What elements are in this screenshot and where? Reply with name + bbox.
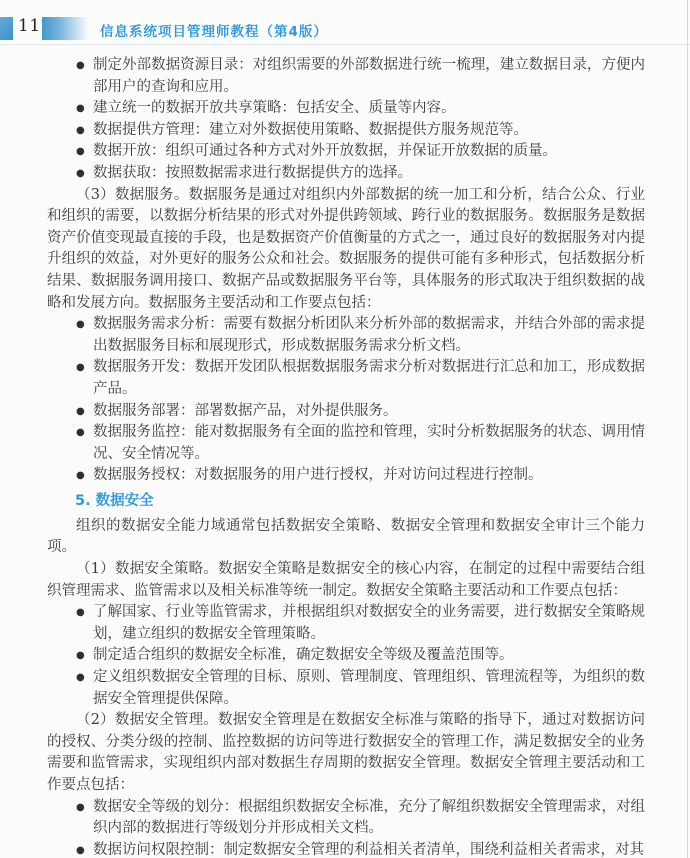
header-corner-decor [0,17,13,40]
bullet-icon: ● [76,141,93,163]
page-header: 112 信息系统项目管理师教程（第4版） [0,0,690,45]
bullet-icon: ● [76,163,93,185]
list-item: ● 了解国家、行业等监管需求，并根据组织对数据安全的业务需要，进行数据安全策略规… [47,602,645,645]
list-item: ● 数据服务部署：部署数据产品，对外提供服务。 [47,401,645,423]
bullet-text: 数据服务需求分析：需要有数据分析团队来分析外部的数据需求，并结合外部的需求提出数… [93,314,645,357]
bullet-icon: ● [76,314,93,357]
section-heading-data-security: 5. 数据安全 [75,491,645,512]
bullet-icon: ● [76,98,93,120]
list-item: ● 数据服务监控：能对数据服务有全面的监控和管理，实时分析数据服务的状态、调用情… [47,422,645,465]
bullet-text: 数据开放：组织可通过各种方式对外开放数据，并保证开放数据的质量。 [93,141,645,163]
bullet-text: 数据提供方管理：建立对外数据使用策略、数据提供方服务规范等。 [93,120,645,142]
bullet-text: 建立统一的数据开放共享策略：包括安全、质量等内容。 [93,98,645,120]
list-item: ● 制定外部数据资源目录：对组织需要的外部数据进行统一梳理，建立数据目录，方便内… [47,55,645,98]
bullet-icon: ● [76,465,93,487]
bullet-text: 数据服务部署：部署数据产品，对外提供服务。 [93,401,645,423]
list-item: ● 数据服务需求分析：需要有数据分析团队来分析外部的数据需求，并结合外部的需求提… [47,314,645,357]
scan-edge-line [687,0,688,858]
bullet-icon: ● [76,120,93,142]
bullet-icon: ● [76,645,93,667]
bullet-icon: ● [76,602,93,645]
list-item: ● 数据服务授权：对数据服务的用户进行授权，并对访问过程进行控制。 [47,465,645,487]
security-intro-paragraph: 组织的数据安全能力域通常包括数据安全策略、数据安全管理和数据安全审计三个能力项。 [47,516,645,559]
header-gradient-bar [42,17,89,40]
bullet-text: 数据服务开发：数据开发团队根据数据服务需求分析对数据进行汇总和加工，形成数据产品… [93,357,645,400]
bullet-text: 数据服务监控：能对数据服务有全面的监控和管理，实时分析数据服务的状态、调用情况、… [93,422,645,465]
security-mgmt-bullet-list: ● 数据安全等级的划分：根据组织数据安全标准，充分了解组织数据安全管理需求，对组… [47,797,645,858]
book-title: 信息系统项目管理师教程（第4版） [100,20,328,40]
list-item: ● 数据提供方管理：建立对外数据使用策略、数据提供方服务规范等。 [47,120,645,142]
page-body: ● 制定外部数据资源目录：对组织需要的外部数据进行统一梳理，建立数据目录，方便内… [0,45,690,858]
bullet-icon: ● [76,357,93,400]
bullet-text: 制定外部数据资源目录：对组织需要的外部数据进行统一梳理，建立数据目录，方便内部用… [93,55,645,98]
list-item: ● 定义组织数据安全管理的目标、原则、管理制度、管理组织、管理流程等，为组织的数… [47,667,645,710]
bullet-icon: ● [76,667,93,710]
list-item: ● 数据开放：组织可通过各种方式对外开放数据，并保证开放数据的质量。 [47,141,645,163]
bullet-text: 数据获取：按照数据需求进行数据提供方的选择。 [93,163,645,185]
bullet-text: 数据服务授权：对数据服务的用户进行授权，并对访问过程进行控制。 [93,465,645,487]
security-policy-bullet-list: ● 了解国家、行业等监管需求，并根据组织对数据安全的业务需要，进行数据安全策略规… [47,602,645,710]
data-open-bullet-list: ● 制定外部数据资源目录：对组织需要的外部数据进行统一梳理，建立数据目录，方便内… [47,55,645,185]
bullet-icon: ● [76,422,93,465]
security-policy-paragraph: （1）数据安全策略。数据安全策略是数据安全的核心内容，在制定的过程中需要结合组织… [47,559,645,602]
list-item: ● 建立统一的数据开放共享策略：包括安全、质量等内容。 [47,98,645,120]
bullet-text: 了解国家、行业等监管需求，并根据组织对数据安全的业务需要，进行数据安全策略规划，… [93,602,645,645]
security-mgmt-paragraph: （2）数据安全管理。数据安全管理是在数据安全标准与策略的指导下，通过对数据访问的… [47,710,645,796]
list-item: ● 数据服务开发：数据开发团队根据数据服务需求分析对数据进行汇总和加工，形成数据… [47,357,645,400]
bullet-icon: ● [76,401,93,423]
bullet-icon: ● [76,840,93,858]
bullet-text: 定义组织数据安全管理的目标、原则、管理制度、管理组织、管理流程等，为组织的数据安… [93,667,645,710]
list-item: ● 制定适合组织的数据安全标准，确定数据安全等级及覆盖范围等。 [47,645,645,667]
bullet-text: 数据访问权限控制：制定数据安全管理的利益相关者清单，围绕利益相关者需求，对其 [93,840,645,858]
bullet-text: 数据安全等级的划分：根据组织数据安全标准，充分了解组织数据安全管理需求，对组织内… [93,797,645,840]
list-item: ● 数据访问权限控制：制定数据安全管理的利益相关者清单，围绕利益相关者需求，对其 [47,840,645,858]
data-service-paragraph: （3）数据服务。数据服务是通过对组织内外部数据的统一加工和分析，结合公众、行业和… [47,185,645,315]
list-item: ● 数据安全等级的划分：根据组织数据安全标准，充分了解组织数据安全管理需求，对组… [47,797,645,840]
bullet-icon: ● [76,797,93,840]
data-service-bullet-list: ● 数据服务需求分析：需要有数据分析团队来分析外部的数据需求，并结合外部的需求提… [47,314,645,487]
list-item: ● 数据获取：按照数据需求进行数据提供方的选择。 [47,163,645,185]
bullet-icon: ● [76,55,93,98]
bullet-text: 制定适合组织的数据安全标准，确定数据安全等级及覆盖范围等。 [93,645,645,667]
